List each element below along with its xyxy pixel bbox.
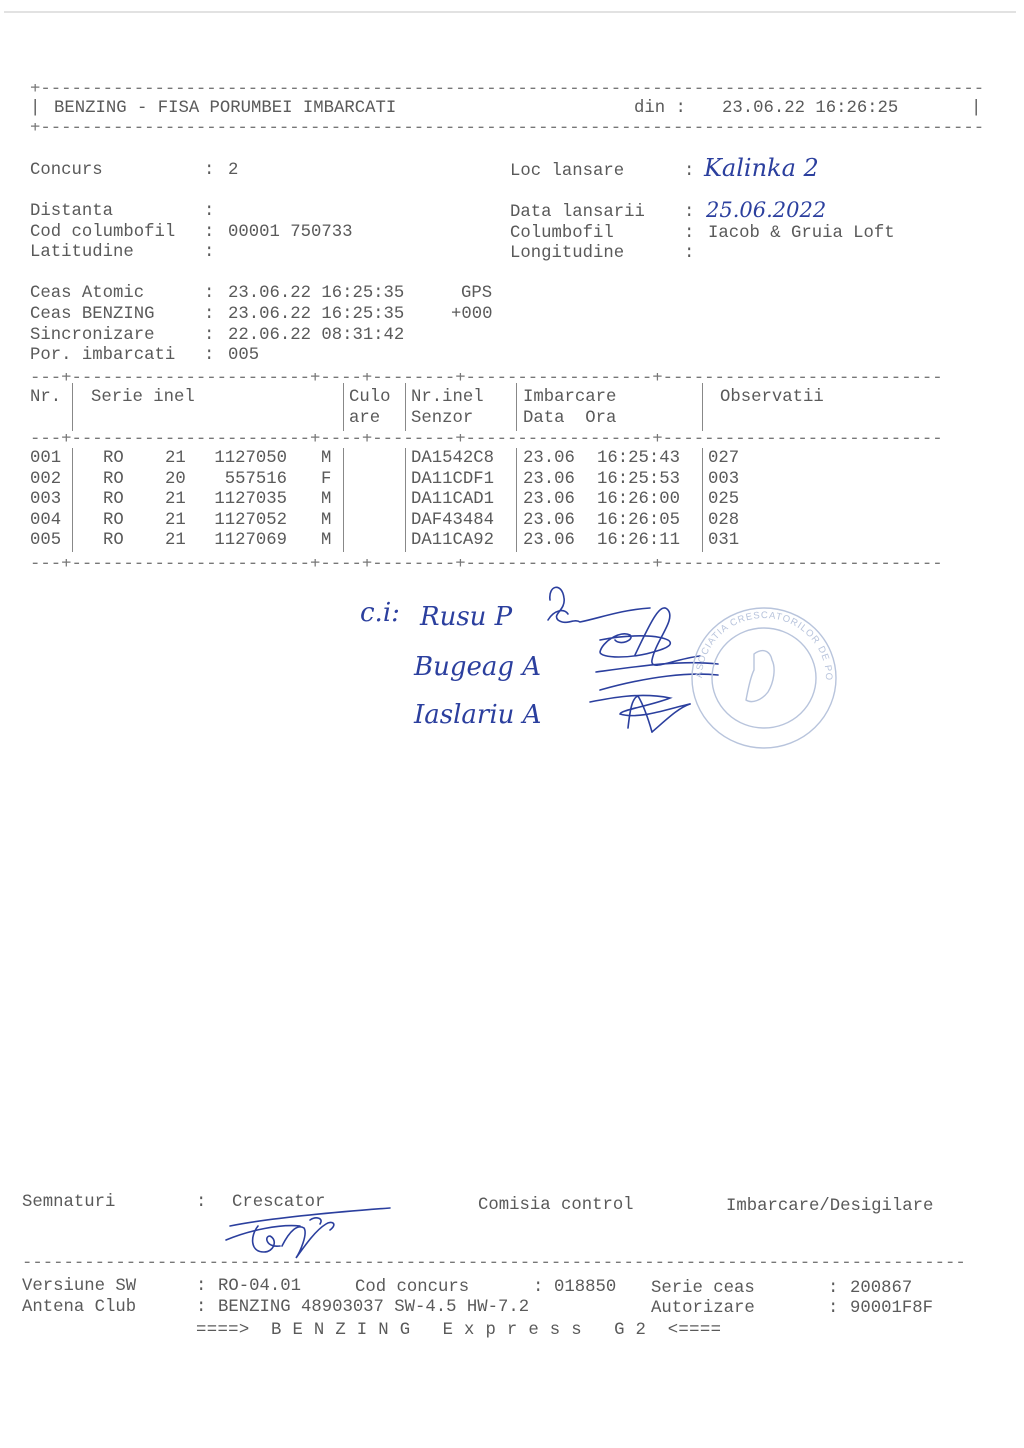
table-header-rule: ---+-----------------------+----+-------…	[30, 434, 980, 446]
longitudine-colon: :	[684, 244, 694, 265]
comisia-control-label: Comisia control	[478, 1196, 634, 1217]
cell-date: 23.06	[523, 490, 575, 511]
antena-club-value: BENZING 48903037 SW-4.5 HW-7.2	[218, 1298, 529, 1319]
ceas-benzing-label: Ceas BENZING	[30, 305, 154, 326]
serie-ceas-colon: :	[828, 1279, 838, 1300]
table-top-rule: ---+-----------------------+----+-------…	[30, 373, 980, 385]
cell-time: 16:26:11	[597, 531, 680, 552]
header-left-bar: |	[30, 99, 40, 120]
cell-date: 23.06	[523, 511, 575, 532]
col-separator	[405, 383, 406, 431]
cell-sensor: DA11CAD1	[411, 490, 494, 511]
cell-year: 21	[165, 511, 186, 532]
commission-name-1: Rusu P	[420, 602, 512, 632]
cell-time: 16:26:05	[597, 511, 680, 532]
versiune-sw-value: RO-04.01	[218, 1277, 301, 1298]
col-header-imbarcare-2: Data Ora	[523, 409, 616, 430]
cell-nr: 002	[30, 470, 61, 491]
autorizare-label: Autorizare	[651, 1299, 755, 1320]
antena-club-label: Antena Club	[22, 1298, 136, 1319]
col-header-imbarcare-1: Imbarcare	[523, 388, 616, 409]
loc-lansare-label: Loc lansare	[510, 162, 624, 183]
col-separator	[405, 448, 406, 552]
cell-date: 23.06	[523, 531, 575, 552]
cell-year: 21	[165, 449, 186, 470]
cell-nr: 005	[30, 531, 61, 552]
cell-country: RO	[103, 490, 124, 511]
benzing-express-banner: ====> B E N Z I N G E x p r e s s G 2 <=…	[196, 1321, 721, 1342]
semnaturi-label: Semnaturi	[22, 1193, 115, 1214]
por-imbarcati-value: 005	[228, 346, 259, 367]
cell-nr: 003	[30, 490, 61, 511]
autorizare-value: 90001F8F	[850, 1299, 933, 1320]
sincronizare-colon: :	[204, 326, 214, 347]
commission-name-2: Bugeag A	[414, 652, 541, 682]
cell-sensor: DA11CDF1	[411, 470, 494, 491]
sincronizare-label: Sincronizare	[30, 326, 154, 347]
col-separator	[516, 448, 517, 552]
versiune-sw-label: Versiune SW	[22, 1277, 136, 1298]
latitudine-label: Latitudine	[30, 243, 134, 264]
antena-club-colon: :	[196, 1298, 206, 1319]
ceas-atomic-suffix: GPS	[461, 284, 492, 305]
autorizare-colon: :	[828, 1299, 838, 1320]
header-bottom-rule: +---------------------------------------…	[30, 123, 982, 135]
cell-sex: M	[321, 449, 331, 470]
cell-ring: 1127035	[214, 490, 287, 511]
loc-lansare-colon: :	[684, 162, 694, 183]
cell-year: 21	[165, 531, 186, 552]
document-title: BENZING - FISA PORUMBEI IMBARCATI	[54, 99, 396, 120]
stamp-text: ASOCIATIA CRESCATORILOR DE PORUMBEI VASL…	[688, 604, 834, 681]
cell-sex: M	[321, 490, 331, 511]
cell-observatii: 003	[708, 470, 739, 491]
cell-year: 20	[165, 470, 186, 491]
cell-sensor: DAF43484	[411, 511, 494, 532]
serie-ceas-value: 200867	[850, 1279, 912, 1300]
col-separator	[516, 383, 517, 431]
sincronizare-value: 22.06.22 08:31:42	[228, 326, 404, 347]
cell-sensor: DA11CA92	[411, 531, 494, 552]
cod-concurs-value: 018850	[554, 1278, 616, 1299]
cell-time: 16:26:00	[597, 490, 680, 511]
cod-concurs-colon: :	[533, 1278, 543, 1299]
cell-observatii: 031	[708, 531, 739, 552]
table-bottom-rule: ---+-----------------------+----+-------…	[30, 559, 980, 571]
distanta-label: Distanta	[30, 202, 113, 223]
col-header-nr-inel-1: Nr.inel	[411, 388, 484, 409]
por-imbarcati-colon: :	[204, 346, 214, 367]
commission-name-3: Iaslariu A	[414, 700, 541, 730]
ceas-benzing-value: 23.06.22 16:25:35	[228, 305, 404, 326]
col-separator	[702, 448, 703, 552]
columbofil-colon: :	[684, 224, 694, 245]
imbarcare-desigilare-label: Imbarcare/Desigilare	[726, 1197, 933, 1218]
page-top-edge	[4, 11, 1016, 13]
cod-columbofil-value: 00001 750733	[228, 223, 352, 244]
cod-concurs-label: Cod concurs	[355, 1278, 469, 1299]
association-stamp: ASOCIATIA CRESCATORILOR DE PORUMBEI VASL…	[688, 604, 840, 752]
ceas-benzing-suffix: +000	[451, 305, 492, 326]
cell-sex: M	[321, 511, 331, 532]
cell-observatii: 028	[708, 511, 739, 532]
longitudine-label: Longitudine	[510, 244, 624, 265]
ceas-atomic-label: Ceas Atomic	[30, 284, 144, 305]
data-lansarii-colon: :	[684, 203, 694, 224]
columbofil-value: Iacob & Gruia Loft	[708, 224, 895, 245]
col-separator	[702, 383, 703, 431]
concurs-label: Concurs	[30, 161, 103, 182]
cell-country: RO	[103, 449, 124, 470]
cell-country: RO	[103, 511, 124, 532]
col-separator	[343, 448, 344, 552]
header-top-rule: +---------------------------------------…	[30, 84, 982, 96]
col-header-serie-inel: Serie inel	[91, 388, 195, 409]
loc-lansare-handwritten: Kalinka 2	[704, 154, 819, 182]
cell-ring: 1127050	[214, 449, 287, 470]
cell-nr: 004	[30, 511, 61, 532]
header-right-bar: |	[971, 99, 981, 120]
col-header-culoare-2: are	[349, 409, 380, 430]
crescator-signature	[220, 1200, 410, 1264]
versiune-sw-colon: :	[196, 1277, 206, 1298]
semnaturi-colon: :	[196, 1193, 206, 1214]
svg-text:ASOCIATIA CRESCATORILOR DE POR: ASOCIATIA CRESCATORILOR DE PORUMBEI VASL…	[688, 604, 834, 681]
columbofil-label: Columbofil	[510, 224, 614, 245]
concurs-value: 2	[228, 161, 238, 182]
ceas-atomic-value: 23.06.22 16:25:35	[228, 284, 404, 305]
cell-ring: 557516	[225, 470, 287, 491]
data-lansarii-label: Data lansarii	[510, 203, 645, 224]
cell-ring: 1127052	[214, 511, 287, 532]
cell-observatii: 025	[708, 490, 739, 511]
col-separator	[72, 383, 73, 431]
data-lansarii-handwritten: 25.06.2022	[706, 198, 826, 222]
cod-columbofil-label: Cod columbofil	[30, 223, 175, 244]
commission-prefix: c.i:	[360, 598, 400, 628]
col-header-observatii: Observatii	[720, 388, 824, 409]
distanta-colon: :	[204, 202, 214, 223]
latitudine-colon: :	[204, 243, 214, 264]
cell-country: RO	[103, 531, 124, 552]
header-date-value: 23.06.22 16:26:25	[722, 99, 898, 120]
cell-nr: 001	[30, 449, 61, 470]
col-header-nr: Nr.	[30, 388, 61, 409]
ceas-benzing-colon: :	[204, 305, 214, 326]
cell-sensor: DA1542C8	[411, 449, 494, 470]
por-imbarcati-label: Por. imbarcati	[30, 346, 175, 367]
concurs-colon: :	[204, 161, 214, 182]
cell-observatii: 027	[708, 449, 739, 470]
col-header-culoare-1: Culo	[349, 388, 390, 409]
cell-ring: 1127069	[214, 531, 287, 552]
signatures-rule: ----------------------------------------…	[22, 1258, 974, 1270]
header-date-label: din :	[634, 99, 686, 120]
cod-columbofil-colon: :	[204, 223, 214, 244]
cell-time: 16:25:53	[597, 470, 680, 491]
col-separator	[72, 448, 73, 552]
cell-date: 23.06	[523, 470, 575, 491]
col-separator	[343, 383, 344, 431]
col-header-nr-inel-2: Senzor	[411, 409, 473, 430]
cell-year: 21	[165, 490, 186, 511]
cell-sex: F	[321, 470, 331, 491]
cell-country: RO	[103, 470, 124, 491]
cell-sex: M	[321, 531, 331, 552]
serie-ceas-label: Serie ceas	[651, 1279, 755, 1300]
cell-time: 16:25:43	[597, 449, 680, 470]
ceas-atomic-colon: :	[204, 284, 214, 305]
cell-date: 23.06	[523, 449, 575, 470]
